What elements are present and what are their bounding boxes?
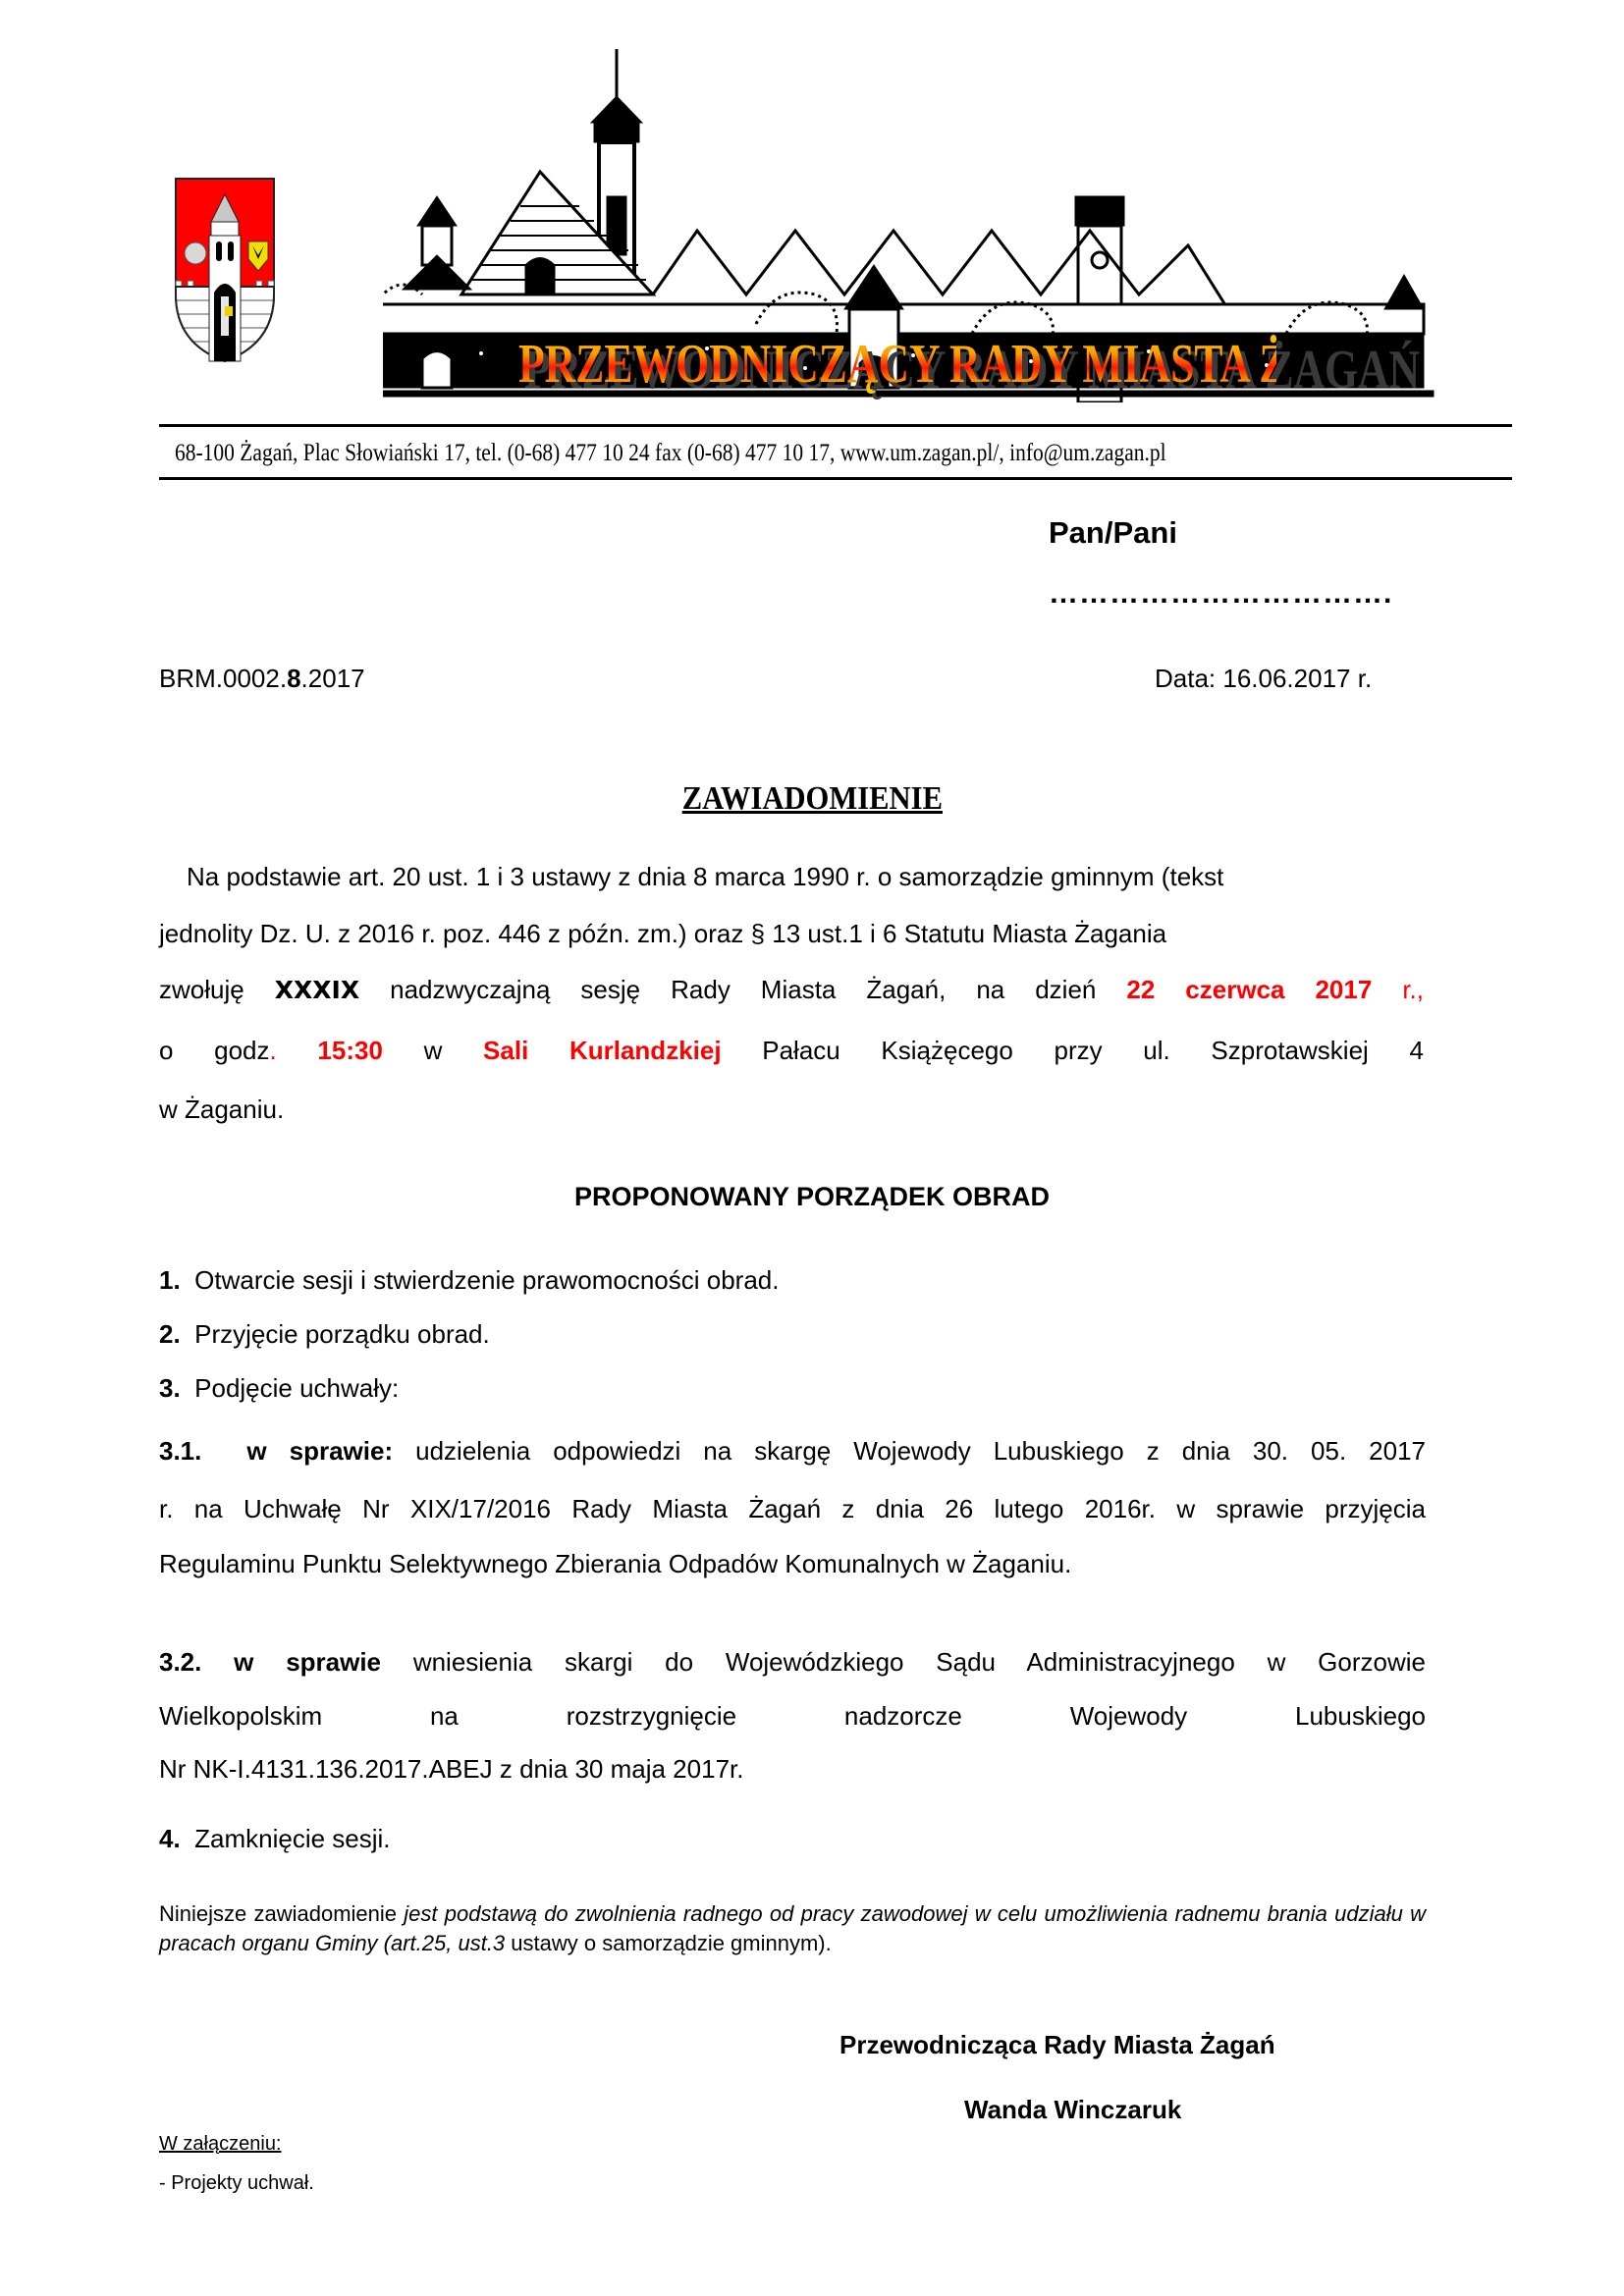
text-in: w bbox=[424, 1036, 443, 1065]
agenda-item-text: Podjęcie uchwały: bbox=[194, 1373, 399, 1403]
attachment-item: - Projekty uchwał. bbox=[159, 2172, 314, 2195]
reference-suffix: .2017 bbox=[301, 664, 365, 693]
session-room: Sali Kurlandzkiej bbox=[483, 1036, 722, 1065]
notice-title: ZAWIADOMIENIE bbox=[0, 780, 1624, 818]
agenda-subitem-3-2-line-1: 3.2. w sprawie wniesienia skargi do Woje… bbox=[159, 1647, 1426, 1679]
agenda-subitem-3-2-line-3: Nr NK-I.4131.136.2017.ABEJ z dnia 30 maj… bbox=[159, 1754, 1426, 1784]
notice-line-3: zwołuję XXXIX nadzwyczajną sesję Rady Mi… bbox=[159, 975, 1424, 1006]
text-convene: zwołuję bbox=[159, 975, 244, 1004]
city-crest-icon bbox=[174, 177, 276, 363]
document-date: Data: 16.06.2017 r. bbox=[1155, 664, 1372, 694]
recipient-salutation: Pan/Pani bbox=[1049, 515, 1177, 551]
agenda-item: 3. Podjęcie uchwały: bbox=[159, 1373, 1426, 1403]
reference-number-bold: 8 bbox=[287, 664, 300, 693]
header-divider-bottom bbox=[159, 477, 1512, 480]
agenda-subitem-3-1-line-2: r. na Uchwałę Nr XIX/17/2016 Rady Miasta… bbox=[159, 1494, 1426, 1525]
banner-title: PRZEWODNICZĄCY RADY MIASTA ŻAGAŃ bbox=[518, 330, 1276, 399]
agenda-subitem-3-1-line-1: 3.1. w sprawie: udzielenia odpowiedzi na… bbox=[159, 1436, 1426, 1468]
notice-line-5: w Żaganiu. bbox=[159, 1095, 1424, 1124]
legal-note-regular: Niniejsze zawiadomienie bbox=[159, 1901, 397, 1926]
agenda-item: 1. Otwarcie sesji i stwierdzenie prawomo… bbox=[159, 1265, 1426, 1295]
agenda-subitem-lead: w sprawie bbox=[234, 1647, 381, 1677]
agenda-item-text: Przyjęcie porządku obrad. bbox=[194, 1319, 490, 1349]
legal-note: Niniejsze zawiadomienie jest podstawą do… bbox=[159, 1899, 1426, 1958]
session-time: 15:30 bbox=[317, 1036, 383, 1065]
recipient-name-placeholder: ……………………………. bbox=[1049, 577, 1392, 611]
text-hour-label: o godz bbox=[159, 1036, 270, 1065]
agenda-title: PROPONOWANY PORZĄDEK OBRAD bbox=[0, 1182, 1624, 1212]
address-line: 68-100 Żagań, Plac Słowiański 17, tel. (… bbox=[175, 439, 1324, 468]
text-dot: . bbox=[270, 1036, 277, 1065]
notice-title-text: ZAWIADOMIENIE bbox=[681, 780, 942, 818]
notice-line-2: jednolity Dz. U. z 2016 r. poz. 446 z pó… bbox=[159, 919, 1424, 948]
agenda-item: 4. Zamknięcie sesji. bbox=[159, 1824, 1426, 1853]
reference-prefix: BRM.0002. bbox=[159, 664, 287, 693]
agenda-subitem-3-1-line-3: Regulaminu Punktu Selektywnego Zbierania… bbox=[159, 1549, 1426, 1578]
agenda-item-number: 4. bbox=[159, 1824, 181, 1853]
session-number: XXXIX bbox=[275, 976, 359, 1004]
legal-note-end: ustawy o samorządzie gminnym). bbox=[511, 1931, 831, 1955]
signature-name: Wanda Winczaruk bbox=[964, 2095, 1181, 2125]
text-year-suffix: r., bbox=[1402, 975, 1424, 1004]
session-date: 22 czerwca 2017 bbox=[1126, 975, 1372, 1004]
reference-number: BRM.0002.8.2017 bbox=[159, 664, 365, 694]
agenda-subitem-3-2-line-2: Wielkopolskim na rozstrzygnięcie nadzorc… bbox=[159, 1701, 1426, 1733]
header-divider-top bbox=[159, 424, 1512, 427]
text-session-desc: nadzwyczajną sesję Rady Miasta Żagań, na… bbox=[390, 975, 1096, 1004]
agenda-item-number: 2. bbox=[159, 1319, 181, 1349]
agenda-subitem-number: 3.2. bbox=[159, 1647, 201, 1677]
agenda-subitem-lead: w sprawie: bbox=[246, 1436, 393, 1466]
agenda-item-text: Zamknięcie sesji. bbox=[194, 1824, 390, 1853]
agenda-item-number: 3. bbox=[159, 1373, 181, 1403]
notice-line-4: o godz. 15:30 w Sali Kurlandzkiej Pałacu… bbox=[159, 1036, 1424, 1067]
agenda-item-number: 1. bbox=[159, 1265, 181, 1295]
agenda-item: 2. Przyjęcie porządku obrad. bbox=[159, 1319, 1426, 1349]
text-venue: Pałacu Książęcego przy ul. Szprotawskiej… bbox=[762, 1036, 1424, 1065]
agenda-item-text: Otwarcie sesji i stwierdzenie prawomocno… bbox=[194, 1265, 779, 1295]
attachments-label: W załączeniu: bbox=[159, 2133, 282, 2156]
agenda-subitem-text: udzielenia odpowiedzi na skargę Wojewody… bbox=[415, 1436, 1426, 1466]
agenda-subitem-text: wniesienia skargi do Wojewódzkiego Sądu … bbox=[413, 1647, 1426, 1677]
agenda-subitem-number: 3.1. bbox=[159, 1436, 201, 1466]
notice-line-1: Na podstawie art. 20 ust. 1 i 3 ustawy z… bbox=[159, 862, 1424, 891]
signature-role: Przewodnicząca Rady Miasta Żagań bbox=[839, 2030, 1275, 2060]
